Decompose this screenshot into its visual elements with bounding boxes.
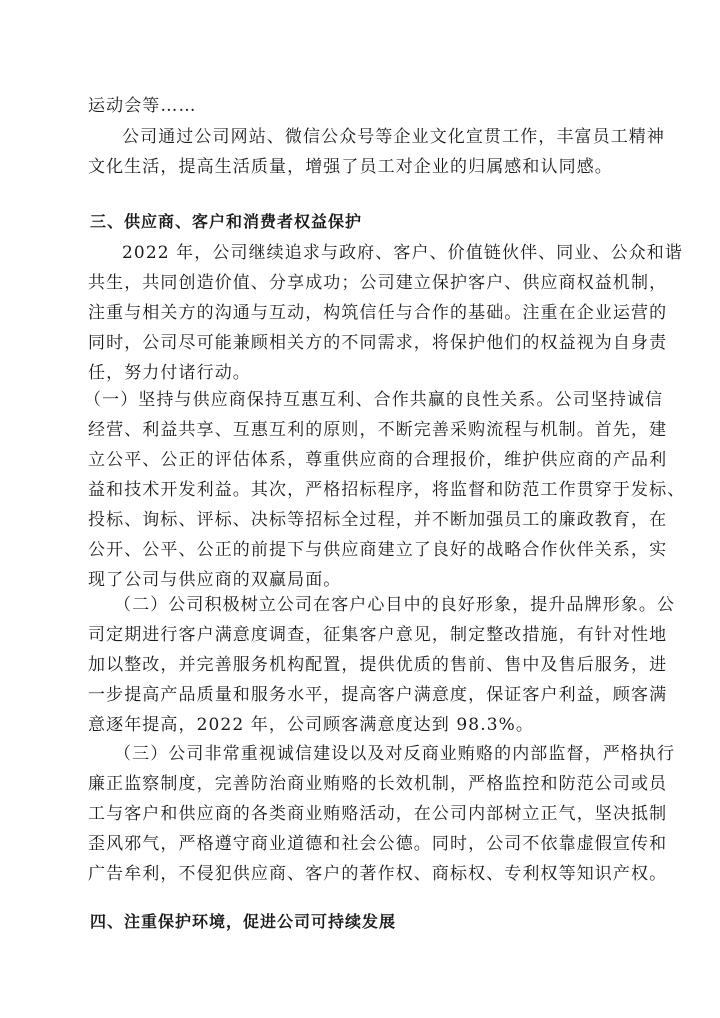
section-3-para-line: 同时，公司尽可能兼顾相关方的不同需求，将保护他们的权益视为自身责 (88, 332, 648, 354)
subsection-1-line: 公开、公平、公正的前提下与供应商建立了良好的战略合作伙伴关系，实 (88, 539, 648, 561)
subsection-2-line: 司定期进行客户满意度调查，征集客户意见，制定整改措施，有针对性地 (88, 624, 648, 646)
intro-line: 运动会等…… (88, 95, 648, 117)
subsection-3-line: 歪风邪气，严格遵守商业道德和社会公德。同时，公司不依靠虚假宣传和 (88, 833, 648, 855)
subsection-1-line: 立公平、公正的评估体系，尊重供应商的合理报价，维护供应商的产品利 (88, 449, 648, 471)
section-3-para-line: 共生，共同创造价值、分享成功；公司建立保护客户、供应商权益机制， (88, 272, 648, 294)
intro-paragraph-line: 公司通过公司网站、微信公众号等企业文化宣贯工作，丰富员工精神 (122, 126, 648, 148)
subsection-2-line: （二）公司积极树立公司在客户心目中的良好形象，提升品牌形象。公 (114, 594, 648, 616)
intro-paragraph-line: 文化生活，提高生活质量，增强了员工对企业的归属感和认同感。 (88, 156, 648, 178)
subsection-1-line: （一）坚持与供应商保持互惠互利、合作共赢的良性关系。公司坚持诚信 (84, 389, 648, 411)
subsection-3-line: （三）公司非常重视诚信建设以及对反商业贿赂的内部监督，严格执行 (114, 743, 648, 765)
subsection-1-line: 经营、利益共享、互惠互利的原则，不断完善采购流程与机制。首先，建 (88, 419, 648, 441)
subsection-3-line: 廉正监察制度，完善防治商业贿赂的长效机制，严格监控和防范公司或员 (88, 773, 648, 795)
section-4-heading: 四、注重保护环境，促进公司可持续发展 (90, 911, 650, 933)
subsection-2-line: 一步提高产品质量和服务水平，提高客户满意度，保证客户利益，顾客满 (88, 684, 648, 706)
subsection-1-line: 投标、询标、评标、决标等招标全过程，并不断加强员工的廉政教育，在 (88, 509, 648, 531)
section-3-para-line: 注重与相关方的沟通与互动，构筑信任与合作的基础。注重在企业运营的 (88, 302, 648, 324)
subsection-2-line: 加以整改，并完善服务机构配置，提供优质的售前、售中及售后服务，进 (88, 654, 648, 676)
subsection-1-line: 益和技术开发利益。其次，严格招标程序，将监督和防范工作贯穿于发标、 (88, 479, 648, 501)
subsection-3-line: 广告牟利，不侵犯供应商、客户的著作权、商标权、专利权等知识产权。 (88, 863, 648, 885)
section-3-para-line: 2022 年，公司继续追求与政府、客户、价值链伙伴、同业、公众和谐 (122, 242, 648, 264)
subsection-2-line: 意逐年提高，2022 年，公司顾客满意度达到 98.3%。 (88, 714, 648, 736)
subsection-1-line: 现了公司与供应商的双赢局面。 (88, 569, 648, 591)
subsection-3-line: 工与客户和供应商的各类商业贿赂活动，在公司内部树立正气，坚决抵制 (88, 803, 648, 825)
section-3-heading: 三、供应商、客户和消费者权益保护 (90, 211, 650, 233)
section-3-para-line: 任，努力付诸行动。 (88, 362, 648, 384)
